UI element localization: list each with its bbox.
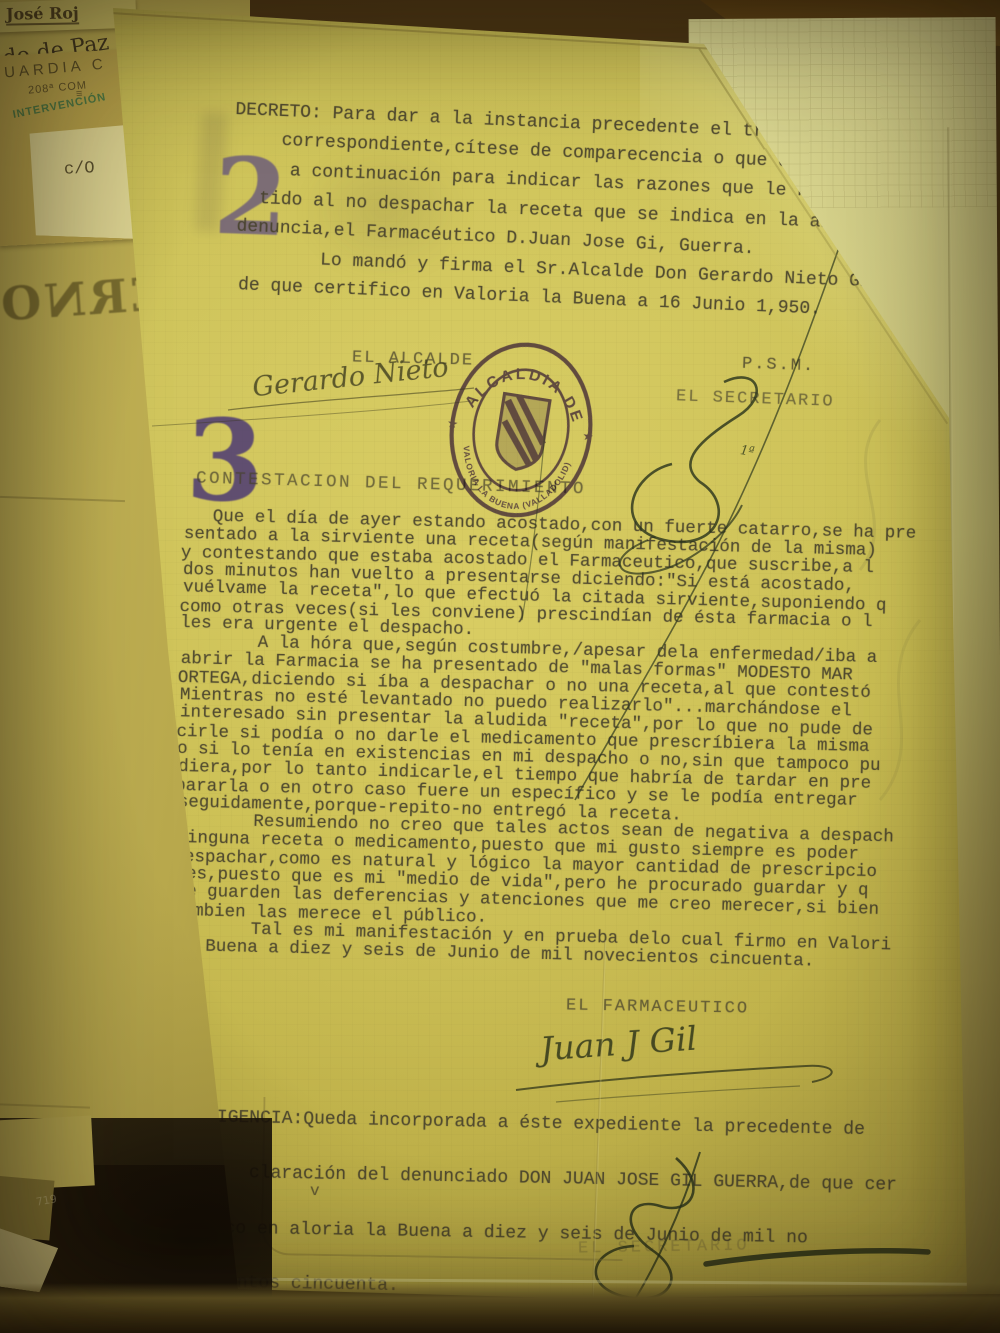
photograph-of-archive-document: José Roj do de Paz de P UARDIA C 208ª CO… [0, 0, 1000, 1333]
ruled-line [0, 1103, 90, 1108]
paper-fragment-name-text: José Roj [6, 3, 79, 25]
table-edge [0, 1283, 1000, 1333]
co-mark: c/O [64, 159, 96, 180]
paper-scrap [0, 1175, 55, 1240]
ruled-line [0, 496, 125, 502]
